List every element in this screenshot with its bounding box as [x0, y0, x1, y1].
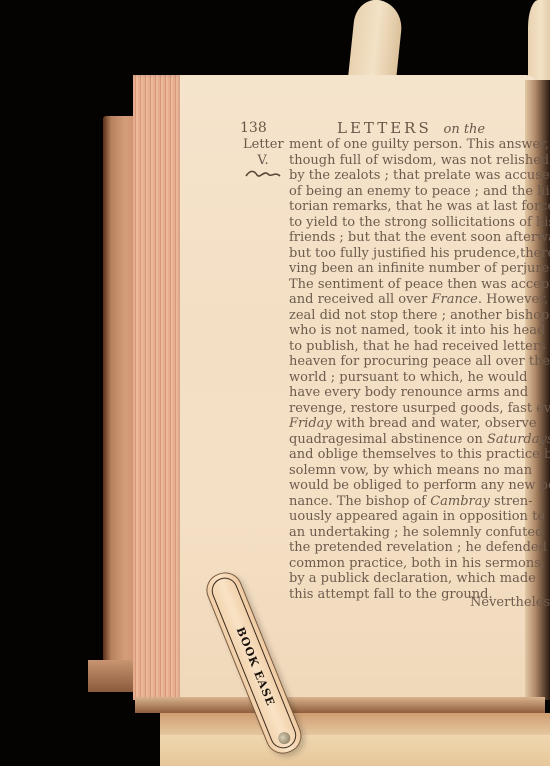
- header-title: LETTERS on the: [337, 119, 485, 137]
- text-line: though full of wisdom, was not relished: [289, 153, 527, 169]
- text-line: solemn vow, by which means no man: [289, 463, 527, 479]
- text-line: and oblige themselves to this practice b…: [289, 447, 527, 463]
- text-line: The sentiment of peace then was accepted…: [289, 277, 527, 293]
- text-line: who is not named, took it into his head: [289, 323, 527, 339]
- text-line: torian remarks, that he was at last forc…: [289, 199, 527, 215]
- page-block-edge: [133, 75, 183, 700]
- header-title-main: LETTERS: [337, 119, 432, 137]
- text-line: of being an enemy to peace ; and the his…: [289, 184, 527, 200]
- photo-scene: 138 LETTERS on the Letter V. ment of one…: [0, 0, 550, 766]
- text-line: but too fully justified his prudence,the…: [289, 246, 527, 262]
- text-line: world ; pursuant to which, he would: [289, 370, 527, 386]
- text-line: by the zealots ; that prelate was accuse…: [289, 168, 527, 184]
- text-line: to publish, that he had received letters…: [289, 339, 527, 355]
- text-line: would be obliged to perform any new pe-: [289, 478, 527, 494]
- text-line: have every body renounce arms and: [289, 385, 527, 401]
- text-line: Friday with bread and water, observe: [289, 416, 527, 432]
- body-text: ment of one guilty person. This answer,t…: [289, 137, 527, 602]
- catchword: Nevertheless: [470, 595, 550, 610]
- text-line: the pretended revelation ; he defended t…: [289, 540, 527, 556]
- text-line: by a publick declaration, which made: [289, 571, 527, 587]
- text-line: zeal did not stop there ; another bishop…: [289, 308, 527, 324]
- text-line: uously appeared again in opposition to s…: [289, 509, 527, 525]
- text-line: common practice, both in his sermons, an…: [289, 556, 527, 572]
- text-line: ving been an infinite number of perjured…: [289, 261, 527, 277]
- letter-sidenote: Letter V.: [243, 137, 283, 169]
- text-line: revenge, restore usurped goods, fast eve…: [289, 401, 527, 417]
- text-line: friends ; but that the event soon afterw…: [289, 230, 527, 246]
- page-number: 138: [240, 120, 267, 136]
- text-line: and received all over France. However,: [289, 292, 527, 308]
- text-line: heaven for procuring peace all over the: [289, 354, 527, 370]
- text-line: quadragesimal abstinence on Saturdays,: [289, 432, 527, 448]
- text-line: to yield to the strong sollicitations of…: [289, 215, 527, 231]
- text-line: nance. The bishop of Cambray stren-: [289, 494, 527, 510]
- page-bottom-edge: [135, 697, 545, 713]
- flourish-ornament-icon: [244, 168, 284, 180]
- text-line: ment of one guilty person. This answer,: [289, 137, 527, 153]
- header-title-sub: on the: [444, 122, 486, 137]
- sidenote-label: Letter: [243, 137, 283, 153]
- stand-ledge: [160, 713, 550, 737]
- text-line: an undertaking ; he solemnly confuted: [289, 525, 527, 541]
- stand-base: [160, 735, 550, 766]
- stand-prong-left: [348, 0, 404, 84]
- sidenote-number: V.: [243, 153, 283, 169]
